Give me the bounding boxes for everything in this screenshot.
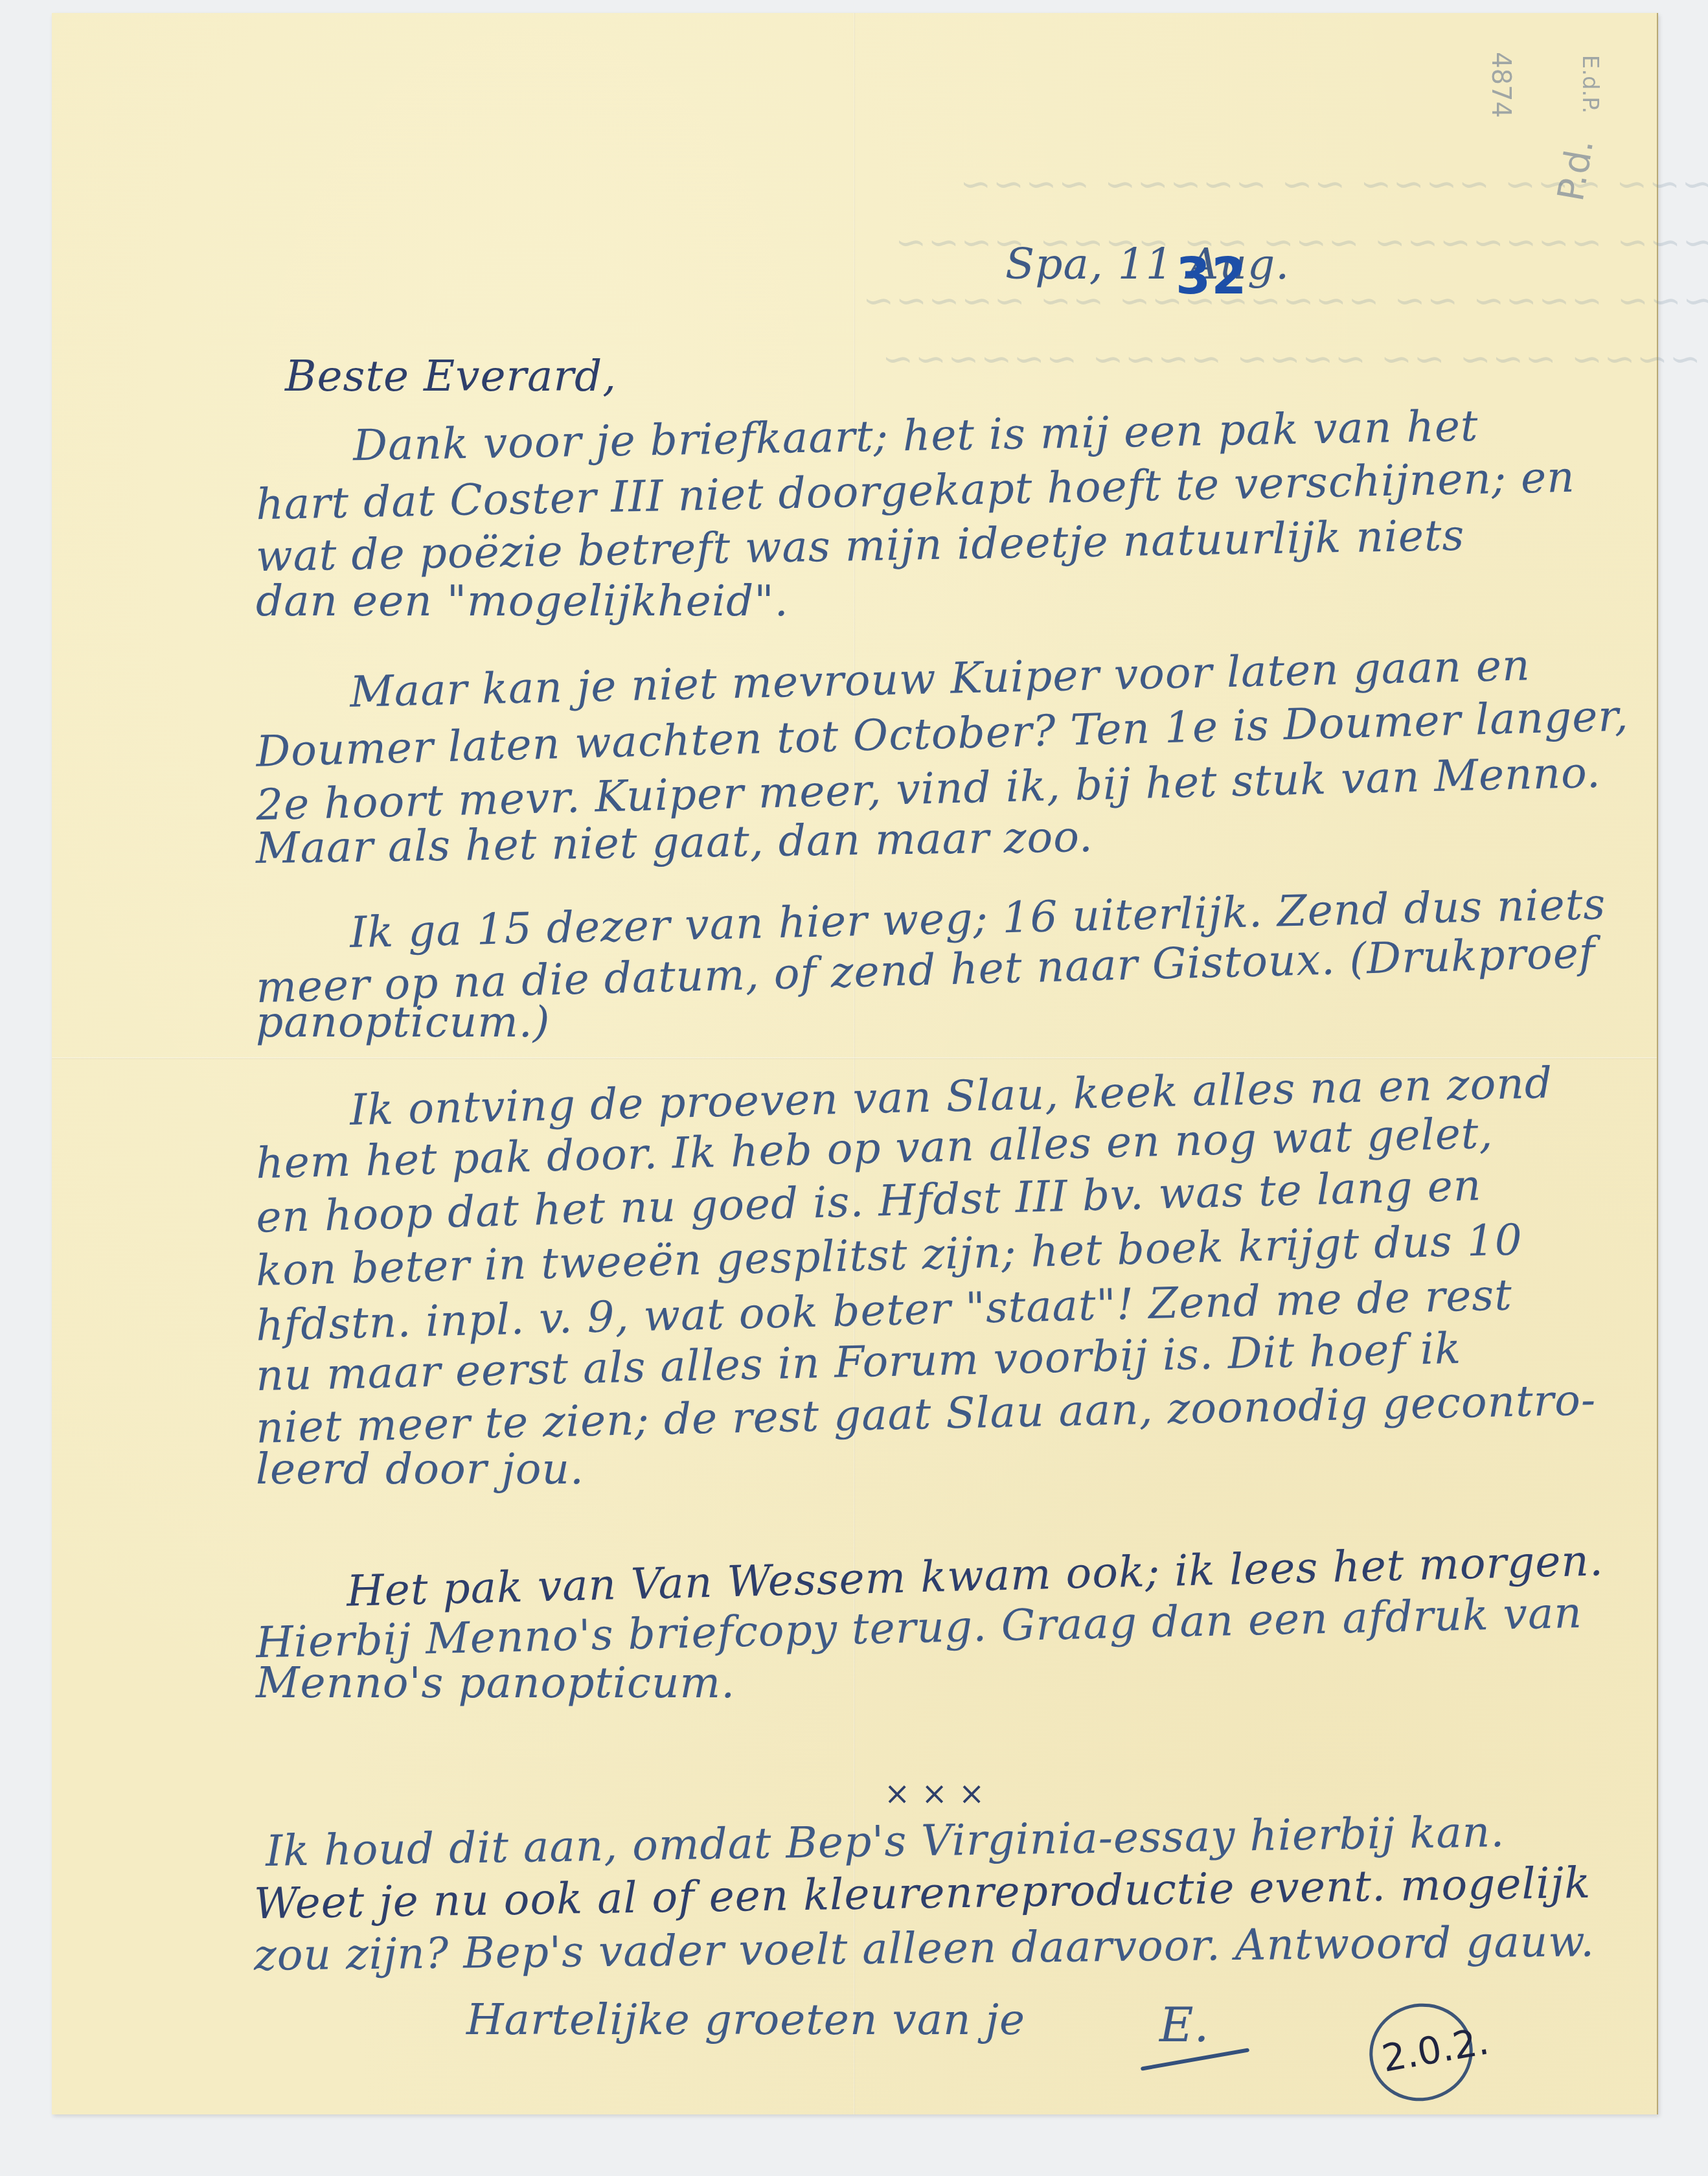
vertical-fold-crease <box>854 13 855 2114</box>
year-annotation: 32 <box>1176 251 1247 302</box>
signature: E. <box>1159 2002 1209 2048</box>
catalog-number: 4874 <box>1486 52 1516 118</box>
archive-monogram: E.d.P. <box>1577 55 1603 114</box>
body-line: panopticum.) <box>256 1001 551 1044</box>
bleed-through-texture: ~~~~ ~~~ ~~ ~~~~ ~~~~ ~~~~~~ <box>881 337 1701 381</box>
horizontal-fold-crease <box>52 1057 1657 1059</box>
body-line: Maar als het niet gaat, dan maar zoo. <box>256 816 1094 870</box>
body-line: dan een "mogelijkheid". <box>256 580 789 623</box>
closing: Hartelijke groeten van je <box>466 1998 1025 2041</box>
section-separator: × × × <box>884 1778 985 1809</box>
body-line: leerd door jou. <box>256 1448 584 1491</box>
salutation: Beste Everard, <box>285 355 617 398</box>
body-line: Menno's panopticum. <box>256 1662 735 1704</box>
